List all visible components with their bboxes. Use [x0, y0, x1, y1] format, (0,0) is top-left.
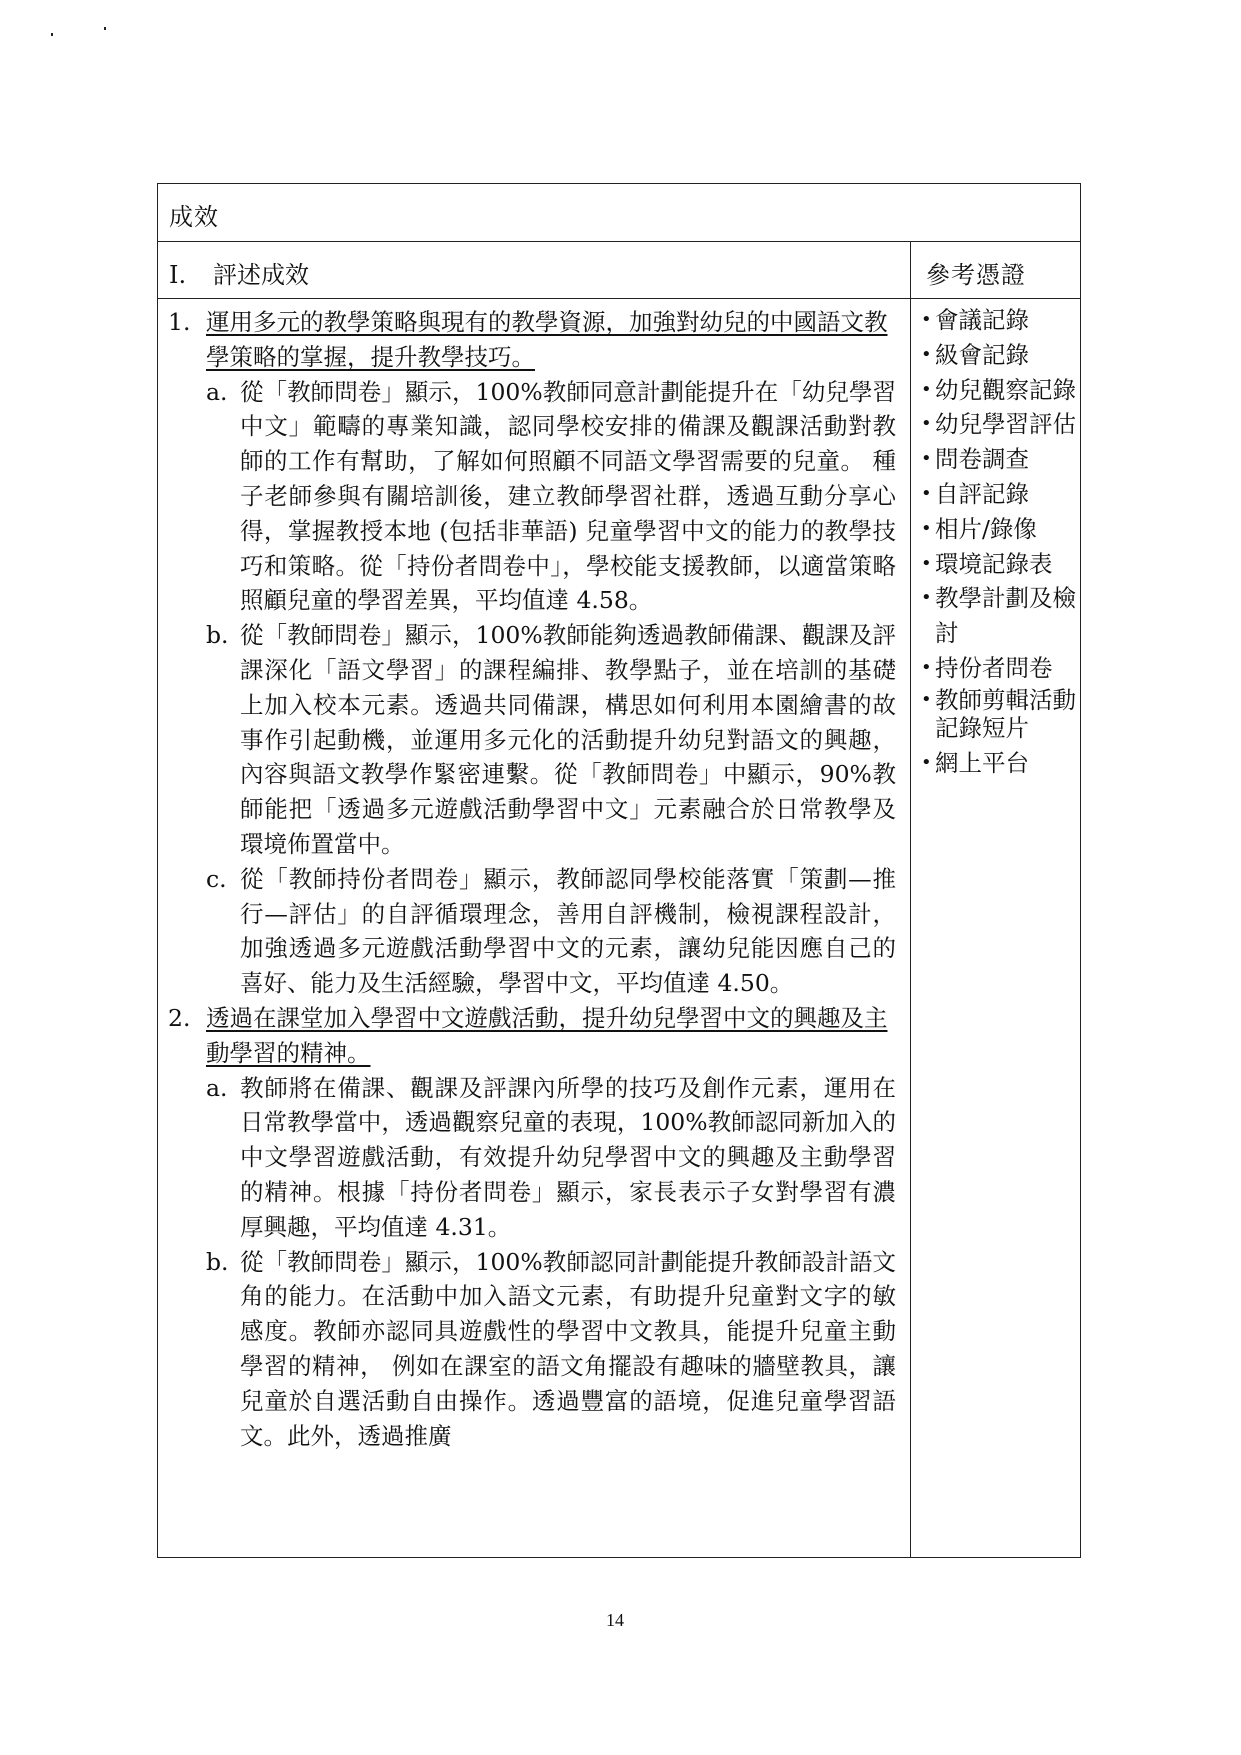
subitem-text: 從「教師問卷」顯示，100%教師同意計劃能提升在「幼兒學習中文」範疇的專業知識，… [240, 378, 896, 615]
item-1: 1. 運用多元的教學策略與現有的教學資源，加強對幼兒的中國語文教學策略的掌握，提… [166, 305, 896, 375]
bullet-icon: • [921, 303, 932, 338]
scan-speck [104, 27, 106, 30]
evidence-item: •自評記錄 [921, 477, 1080, 512]
section-title: 成效 [169, 197, 219, 232]
subitem-text: 從「教師問卷」顯示，100%教師能夠透過教師備課、觀課及評課深化「語文學習」的課… [240, 621, 896, 858]
subitem-label: b. [206, 1245, 229, 1280]
subitem-label: b. [206, 618, 229, 653]
evidence-item: •教學計劃及檢討 [921, 581, 1080, 651]
item-number: 1. [168, 305, 190, 340]
subheader-number: I. [169, 261, 213, 289]
scan-speck [51, 33, 53, 36]
subitem-2b: b. 從「教師問卷」顯示，100%教師認同計劃能提升教師設計語文角的能力。在活動… [166, 1245, 896, 1454]
bullet-icon: • [921, 373, 932, 408]
bullet-icon: • [921, 407, 932, 442]
subitem-label: c. [206, 862, 227, 897]
bullet-icon: • [921, 547, 932, 582]
subheader-label: 評述成效 [213, 261, 309, 289]
page-number: 14 [606, 1610, 624, 1631]
bullet-icon: • [921, 512, 932, 547]
evidence-item: •教師剪輯活動記錄短片 [921, 686, 1080, 742]
evidence-item: •問卷調查 [921, 442, 1080, 477]
subitem-2a: a. 教師將在備課、觀課及評課內所學的技巧及創作元素，運用在日常教學當中，透過觀… [166, 1071, 896, 1245]
table-header-row: 成效 [158, 184, 1080, 242]
evidence-item: •持份者問卷 [921, 651, 1080, 686]
subitem-text: 從「教師持份者問卷」顯示，教師認同學校能落實「策劃—推行—評估」的自評循環理念，… [240, 865, 896, 997]
subitem-label: a. [206, 1071, 227, 1106]
subitem-1a: a. 從「教師問卷」顯示，100%教師同意計劃能提升在「幼兒學習中文」範疇的專業… [166, 375, 896, 619]
bullet-icon: • [921, 746, 932, 781]
bullet-icon: • [921, 442, 932, 477]
item-2: 2. 透過在課堂加入學習中文遊戲活動，提升幼兒學習中文的興趣及主動學習的精神。 [166, 1001, 896, 1071]
table-subheader-row: I.評述成效 參考憑證 [158, 242, 1080, 299]
subitem-label: a. [206, 375, 227, 410]
bullet-icon: • [921, 686, 932, 714]
outcomes-table: 成效 I.評述成效 參考憑證 1. 運用多元的教學策略與現有的教學資源，加強對幼… [157, 183, 1081, 1558]
subheader-left: I.評述成效 [169, 255, 309, 290]
subitem-1b: b. 從「教師問卷」顯示，100%教師能夠透過教師備課、觀課及評課深化「語文學習… [166, 618, 896, 862]
bullet-icon: • [921, 477, 932, 512]
evidence-column: •會議記錄 •級會記錄 •幼兒觀察記錄 •幼兒學習評估 •問卷調查 •自評記錄 … [911, 299, 1080, 781]
evaluation-column: 1. 運用多元的教學策略與現有的教學資源，加強對幼兒的中國語文教學策略的掌握，提… [158, 299, 910, 1453]
evidence-item: •幼兒觀察記錄 [921, 373, 1080, 408]
evidence-header: 參考憑證 [926, 255, 1026, 290]
bullet-icon: • [921, 338, 932, 373]
item-title: 運用多元的教學策略與現有的教學資源，加強對幼兒的中國語文教學策略的掌握，提升教學… [206, 308, 888, 371]
subitem-text: 教師將在備課、觀課及評課內所學的技巧及創作元素，運用在日常教學當中，透過觀察兒童… [240, 1074, 896, 1241]
evidence-item: •級會記錄 [921, 338, 1080, 373]
bullet-icon: • [921, 581, 932, 616]
subitem-text: 從「教師問卷」顯示，100%教師認同計劃能提升教師設計語文角的能力。在活動中加入… [240, 1248, 896, 1450]
subitem-1c: c. 從「教師持份者問卷」顯示，教師認同學校能落實「策劃—推行—評估」的自評循環… [166, 862, 896, 1001]
evidence-item: •環境記錄表 [921, 547, 1080, 582]
evidence-item: •相片/錄像 [921, 512, 1080, 547]
item-number: 2. [168, 1001, 190, 1036]
evidence-item: •會議記錄 [921, 303, 1080, 338]
item-title: 透過在課堂加入學習中文遊戲活動，提升幼兒學習中文的興趣及主動學習的精神。 [206, 1004, 888, 1067]
evidence-item: •幼兒學習評估 [921, 407, 1080, 442]
bullet-icon: • [921, 651, 932, 686]
evidence-item: •網上平台 [921, 746, 1080, 781]
